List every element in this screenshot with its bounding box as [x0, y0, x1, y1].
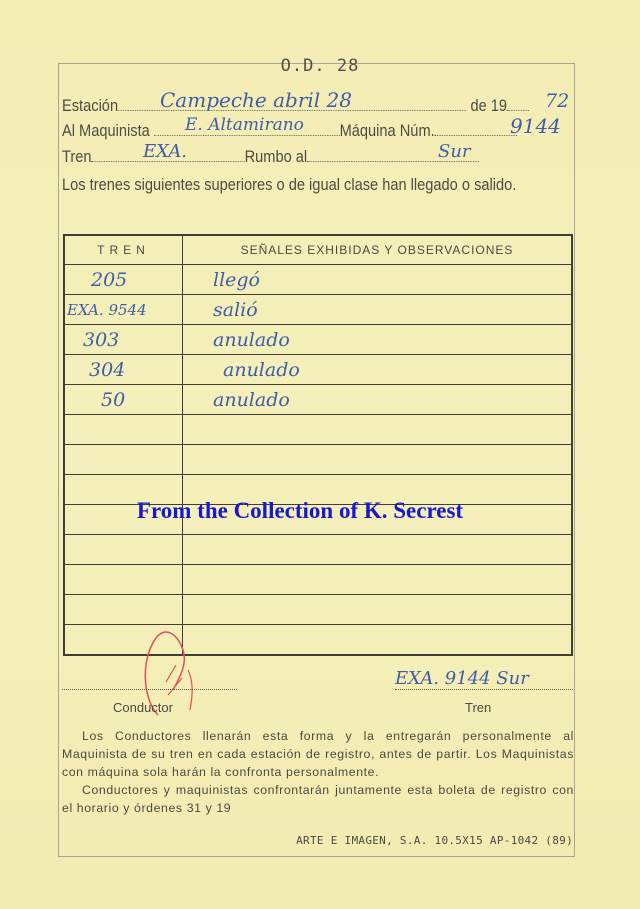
- tren-cell[interactable]: EXA. 9544: [64, 295, 183, 325]
- maquinista-label: Al Maquinista: [62, 121, 150, 140]
- table-row: [64, 415, 572, 445]
- table-row: 205 llegó: [64, 265, 572, 295]
- estacion-label: Estación: [62, 96, 118, 115]
- estacion-value: Campeche abril 28: [160, 88, 352, 112]
- year-value: 72: [545, 90, 569, 112]
- tren-cell[interactable]: [64, 565, 183, 595]
- printer-footer: ARTE E IMAGEN, S.A. 10.5X15 AP-1042 (89): [296, 834, 573, 847]
- obs-cell[interactable]: [183, 415, 573, 445]
- tren-cell[interactable]: 304: [64, 355, 183, 385]
- train-log-table: TREN SEÑALES EXHIBIDAS Y OBSERVACIONES 2…: [63, 234, 573, 656]
- obs-cell[interactable]: [183, 445, 573, 475]
- table-row: 50 anulado: [64, 385, 572, 415]
- obs-cell[interactable]: [183, 625, 573, 656]
- tren-cell[interactable]: [64, 445, 183, 475]
- maquinista-field[interactable]: [154, 135, 340, 136]
- tren-cell[interactable]: 50: [64, 385, 183, 415]
- maquina-value: 9144: [510, 114, 561, 138]
- table-row: [64, 445, 572, 475]
- tren-cell[interactable]: [64, 535, 183, 565]
- rumbo-label: Rumbo al: [245, 147, 308, 166]
- maquina-field[interactable]: [435, 135, 518, 136]
- table-row: [64, 565, 572, 595]
- obs-cell[interactable]: [183, 595, 573, 625]
- header-observaciones: SEÑALES EXHIBIDAS Y OBSERVACIONES: [183, 235, 573, 265]
- form-code: O.D. 28: [0, 56, 640, 76]
- tren-signature-line[interactable]: [395, 689, 573, 690]
- maquinista-value: E. Altamirano: [185, 115, 304, 135]
- tren-value: EXA.: [143, 141, 187, 162]
- intro-text: Los trenes siguientes superiores o de ig…: [62, 173, 576, 196]
- tren-signature-value: EXA. 9144 Sur: [395, 668, 529, 689]
- table-row: [64, 535, 572, 565]
- obs-cell[interactable]: llegó: [183, 265, 573, 295]
- table-row: 303 anulado: [64, 325, 572, 355]
- tren-cell[interactable]: 303: [64, 325, 183, 355]
- obs-cell[interactable]: [183, 565, 573, 595]
- obs-cell[interactable]: anulado: [183, 325, 573, 355]
- year-prefix-label: de 19: [470, 96, 507, 115]
- rumbo-value: Sur: [438, 141, 471, 162]
- tren-cell[interactable]: [64, 415, 183, 445]
- collection-watermark: From the Collection of K. Secrest: [0, 498, 600, 524]
- tren-label: Tren: [62, 147, 92, 166]
- obs-cell[interactable]: anulado: [183, 385, 573, 415]
- instructions-paragraph-2: Conductores y maquinistas confrontarán j…: [62, 781, 574, 817]
- year-field[interactable]: [507, 110, 529, 111]
- maquina-label: Máquina Núm.: [340, 121, 435, 140]
- tren-signature-label: Tren: [465, 700, 491, 715]
- tren-cell[interactable]: 205: [64, 265, 183, 295]
- table-row: 304 anulado: [64, 355, 572, 385]
- table-header-row: TREN SEÑALES EXHIBIDAS Y OBSERVACIONES: [64, 235, 572, 265]
- conductor-signature-line[interactable]: [62, 689, 237, 690]
- header-tren: TREN: [64, 235, 183, 265]
- table-row: EXA. 9544 salió: [64, 295, 572, 325]
- obs-cell[interactable]: [183, 535, 573, 565]
- tren-rumbo-row: TrenRumbo al: [62, 147, 479, 167]
- obs-cell[interactable]: salió: [183, 295, 573, 325]
- obs-cell[interactable]: anulado: [183, 355, 573, 385]
- instructions-paragraph-1: Los Conductores llenarán esta forma y la…: [62, 727, 574, 781]
- conductor-label: Conductor: [113, 700, 173, 715]
